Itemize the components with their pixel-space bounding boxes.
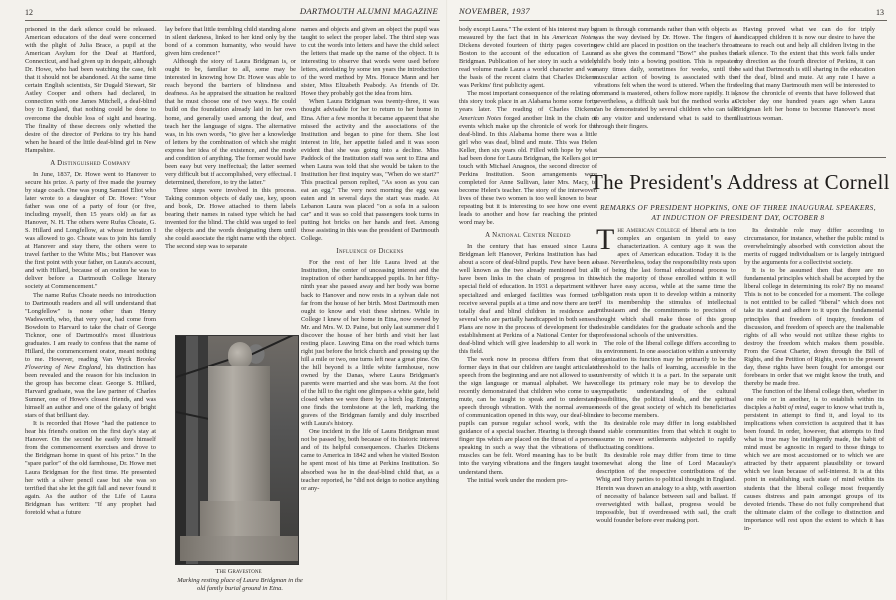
- paragraph: Its desirable role may differ from time …: [596, 452, 736, 524]
- paragraph: names and objects and given an object th…: [301, 26, 439, 98]
- paragraph: body except Laura." The extent of his in…: [459, 26, 597, 90]
- paragraph: gram is through commands rather than wit…: [594, 26, 737, 131]
- column-2: gram is through commands rather than wit…: [594, 26, 737, 131]
- photo-caption-title: The Gravestone: [175, 568, 302, 575]
- header-rule: [25, 20, 440, 21]
- paragraph: One incident in the life of Laura Bridgm…: [301, 428, 439, 492]
- column-3: Having proved what we can do for triply …: [735, 26, 875, 123]
- paragraph: The work now in process differs from tha…: [459, 356, 597, 477]
- paragraph: It is to be assumed then that there are …: [744, 267, 884, 388]
- header-rule: [459, 20, 887, 21]
- running-head: NOVEMBER, 1937: [459, 6, 530, 16]
- paragraph: Three steps were involved in this proces…: [165, 187, 296, 251]
- gravestone-photo: [175, 335, 299, 565]
- paragraph: The name Rufus Choate needs no introduct…: [25, 292, 156, 421]
- section-heading: A National Center Needed: [459, 232, 597, 240]
- paragraph: The function of the liberal college then…: [744, 388, 884, 533]
- section-heading: A Distinguished Company: [25, 160, 156, 168]
- column-1: body except Laura." The extent of his in…: [459, 26, 597, 485]
- paragraph: In June, 1837, Dr. Howe went to Hanover …: [25, 171, 156, 292]
- paragraph: When Laura Bridgman was twenty-three, it…: [301, 98, 439, 243]
- paragraph: The American College of liberal arts is …: [596, 227, 736, 340]
- column-3: names and objects and given an object th…: [301, 26, 439, 493]
- left-page: 12 DARTMOUTH ALUMNI MAGAZINE prisoned in…: [0, 0, 448, 600]
- section-divider: [596, 157, 886, 158]
- page-number: 12: [25, 8, 33, 17]
- paragraph: In the century that has ensued since Lau…: [459, 243, 597, 356]
- column-1: prisoned in the dark silence could be re…: [25, 26, 156, 517]
- paragraph: The role of the liberal college differs …: [596, 340, 736, 420]
- paragraph: lay before that little trembling child s…: [165, 26, 296, 58]
- paragraph: Its desirable role may differ in long es…: [596, 420, 736, 452]
- paragraph: Although the story of Laura Bridgman is,…: [165, 58, 296, 187]
- paragraph: It is recorded that Howe "had the patien…: [25, 420, 156, 517]
- page-number: 13: [876, 8, 884, 17]
- column-2: lay before that little trembling child s…: [165, 26, 296, 251]
- article-subtitle: REMARKS OF PRESIDENT HOPKINS, ONE OF THR…: [596, 203, 880, 223]
- paragraph: For the rest of her life Laura lived at …: [301, 259, 439, 428]
- urn-icon: [228, 342, 252, 368]
- article-title: The President's Address at Cornell: [590, 170, 886, 195]
- paragraph: The most important consequence of the re…: [459, 90, 597, 227]
- obelisk-shape: [208, 366, 270, 506]
- drop-cap: T: [596, 228, 614, 252]
- article-column-2: Its desirable role may differ according …: [744, 227, 884, 533]
- paragraph: Its desirable role may differ according …: [744, 227, 884, 267]
- paragraph: Having proved what we can do for triply …: [735, 26, 875, 123]
- running-head: DARTMOUTH ALUMNI MAGAZINE: [300, 6, 438, 16]
- photo-caption: Marking resting place of Laura Bridgman …: [175, 577, 305, 593]
- paragraph: prisoned in the dark silence could be re…: [25, 26, 156, 155]
- section-heading: Influence of Dickens: [301, 248, 439, 256]
- paragraph: The initial work under the modern pro-: [459, 477, 597, 485]
- article-column-1: The American College of liberal arts is …: [596, 227, 736, 525]
